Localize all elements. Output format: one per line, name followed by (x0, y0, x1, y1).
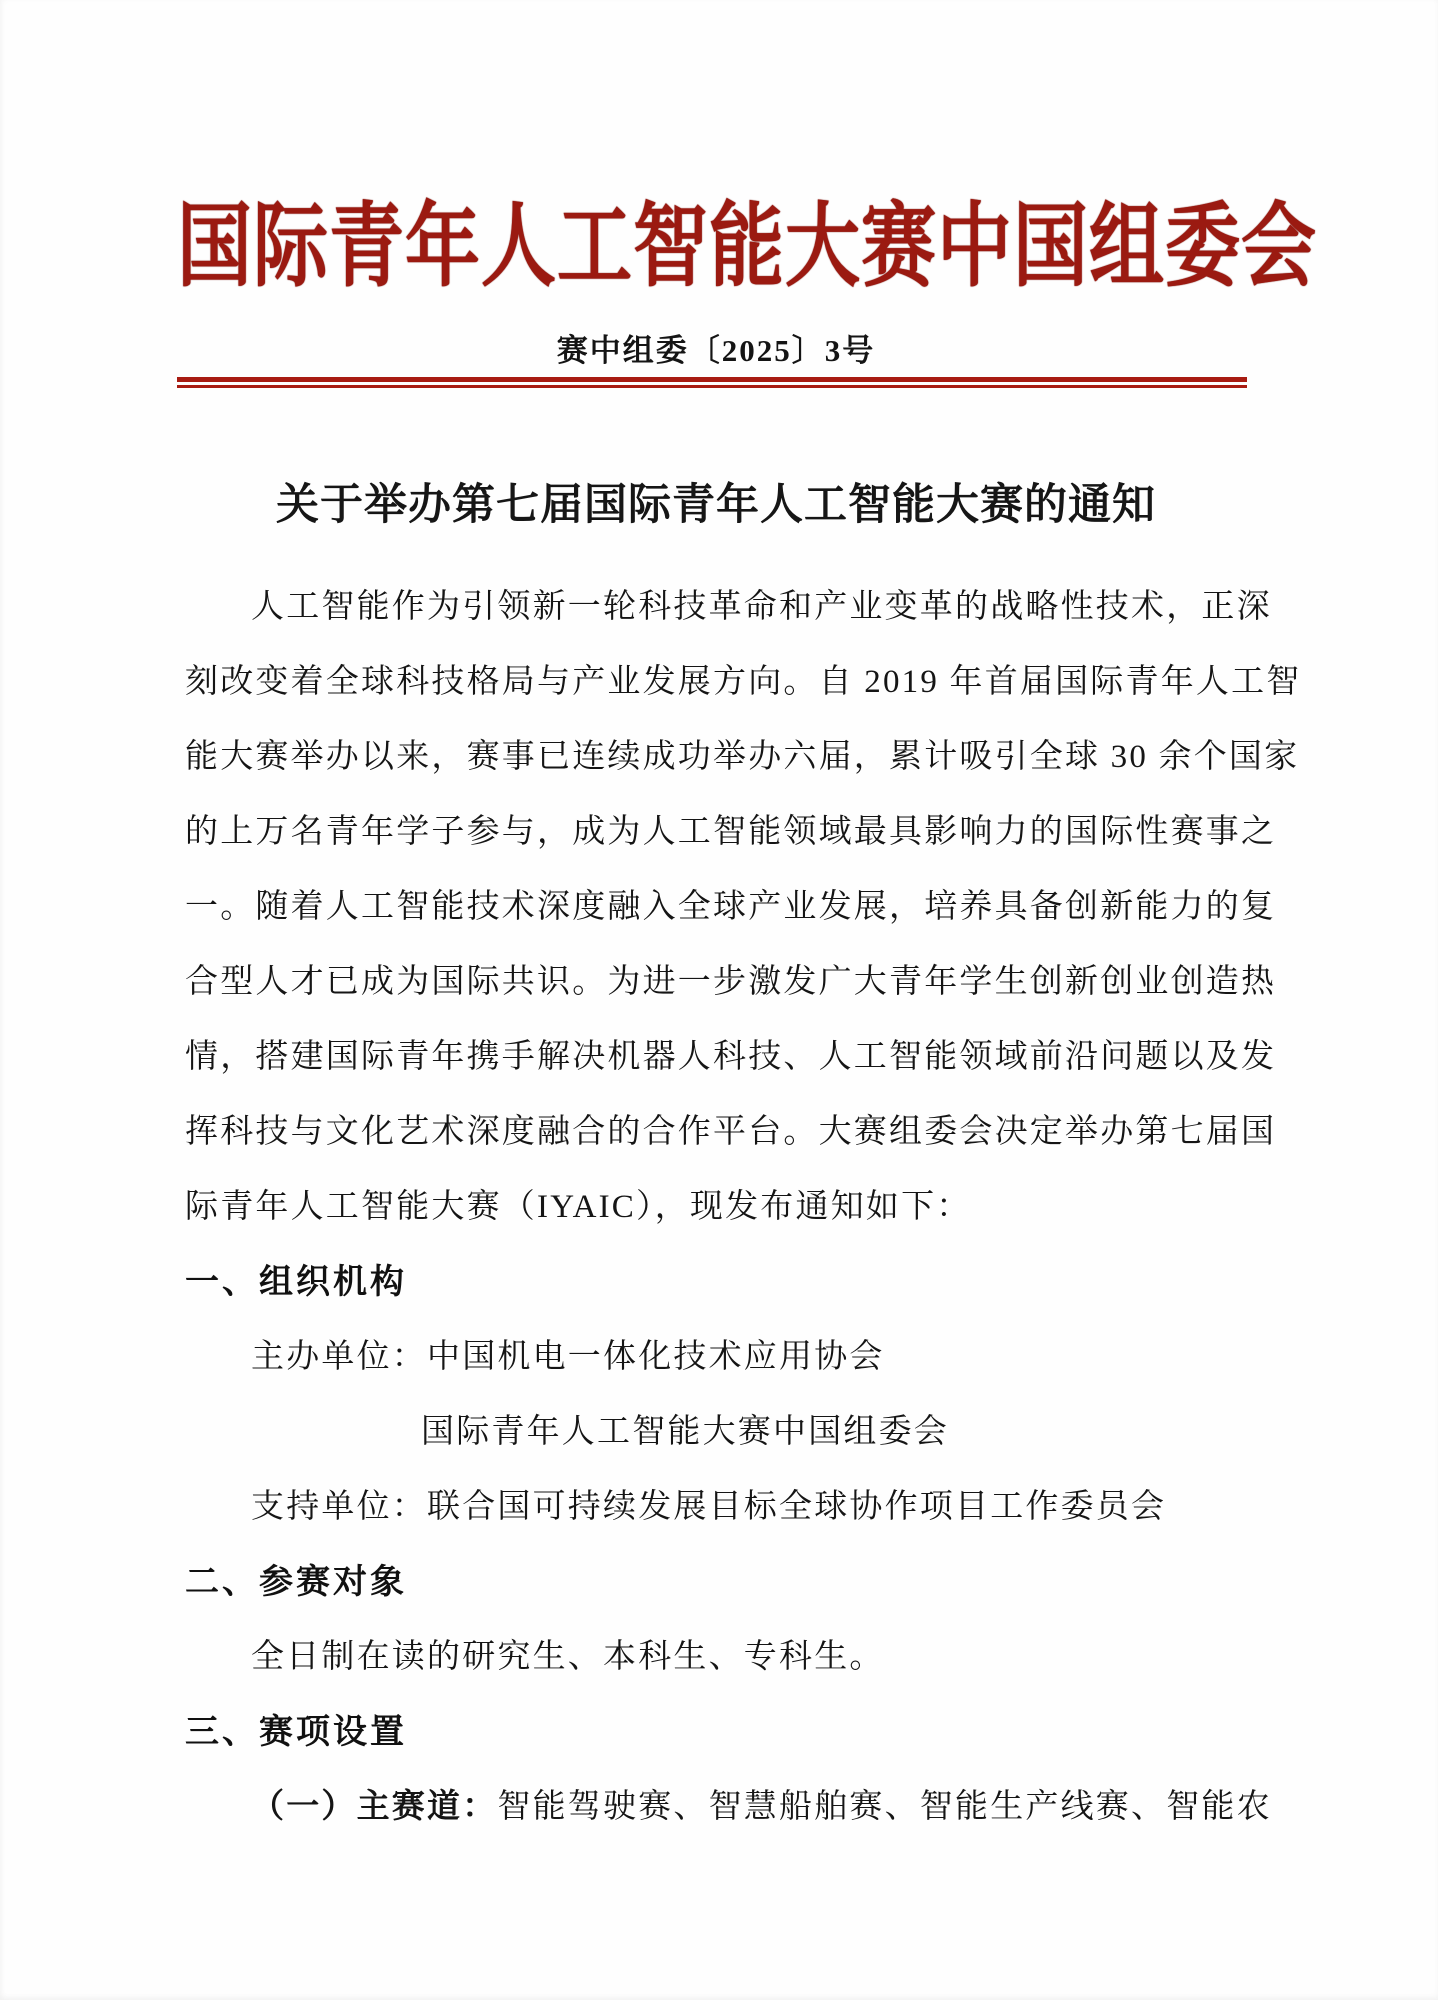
notice-title: 关于举办第七届国际青年人工智能大赛的通知 (185, 471, 1247, 532)
body-line: 的上万名青年学子参与，成为人工智能领域最具影响力的国际性赛事之 (185, 795, 1249, 870)
section-heading-3: 三、赛项设置 (185, 1695, 1249, 1770)
doc-number: 赛中组委〔2025〕3号 (185, 325, 1247, 370)
red-header-rule (177, 377, 1247, 388)
main-track-text: 智能驾驶赛、智慧船舶赛、智能生产线赛、智能农 (497, 1789, 1271, 1825)
support-unit-line: 支持单位：联合国可持续发展目标全球协作项目工作委员会 (185, 1470, 1249, 1545)
body-line: 人工智能作为引领新一轮科技革命和产业变革的战略性技术，正深 (185, 570, 1249, 645)
host-unit-line-2: 国际青年人工智能大赛中国组委会 (185, 1395, 1249, 1470)
body-line: 能大赛举办以来，赛事已连续成功举办六届，累计吸引全球 30 余个国家 (185, 720, 1249, 795)
section-heading-2: 二、参赛对象 (185, 1545, 1249, 1620)
body-line: 情，搭建国际青年携手解决机器人科技、人工智能领域前沿问题以及发 (185, 1020, 1249, 1095)
body-line: 一。随着人工智能技术深度融入全球产业发展，培养具备创新能力的复 (185, 870, 1249, 945)
red-rule-bottom-bar (177, 385, 1247, 388)
scanned-notice-page: 国际青年人工智能大赛中国组委会 赛中组委〔2025〕3号 关于举办第七届国际青年… (0, 0, 1438, 2000)
org-header-title: 国际青年人工智能大赛中国组委会 (177, 176, 1249, 320)
body-line: 合型人才已成为国际共识。为进一步激发广大青年学生创新创业创造热 (185, 945, 1249, 1020)
notice-body: 人工智能作为引领新一轮科技革命和产业变革的战略性技术，正深 刻改变着全球科技格局… (185, 570, 1249, 1845)
section-heading-1: 一、组织机构 (185, 1245, 1249, 1320)
participants-line: 全日制在读的研究生、本科生、专科生。 (185, 1620, 1249, 1695)
body-line: 际青年人工智能大赛（IYAIC），现发布通知如下： (185, 1170, 1249, 1245)
body-line: 刻改变着全球科技格局与产业发展方向。自 2019 年首届国际青年人工智 (185, 645, 1249, 720)
host-unit-line: 主办单位：中国机电一体化技术应用协会 (185, 1320, 1249, 1395)
main-track-line: （一）主赛道：智能驾驶赛、智慧船舶赛、智能生产线赛、智能农 (185, 1770, 1249, 1845)
body-line: 挥科技与文化艺术深度融合的合作平台。大赛组委会决定举办第七届国 (185, 1095, 1249, 1170)
main-track-label: （一）主赛道： (251, 1789, 497, 1825)
